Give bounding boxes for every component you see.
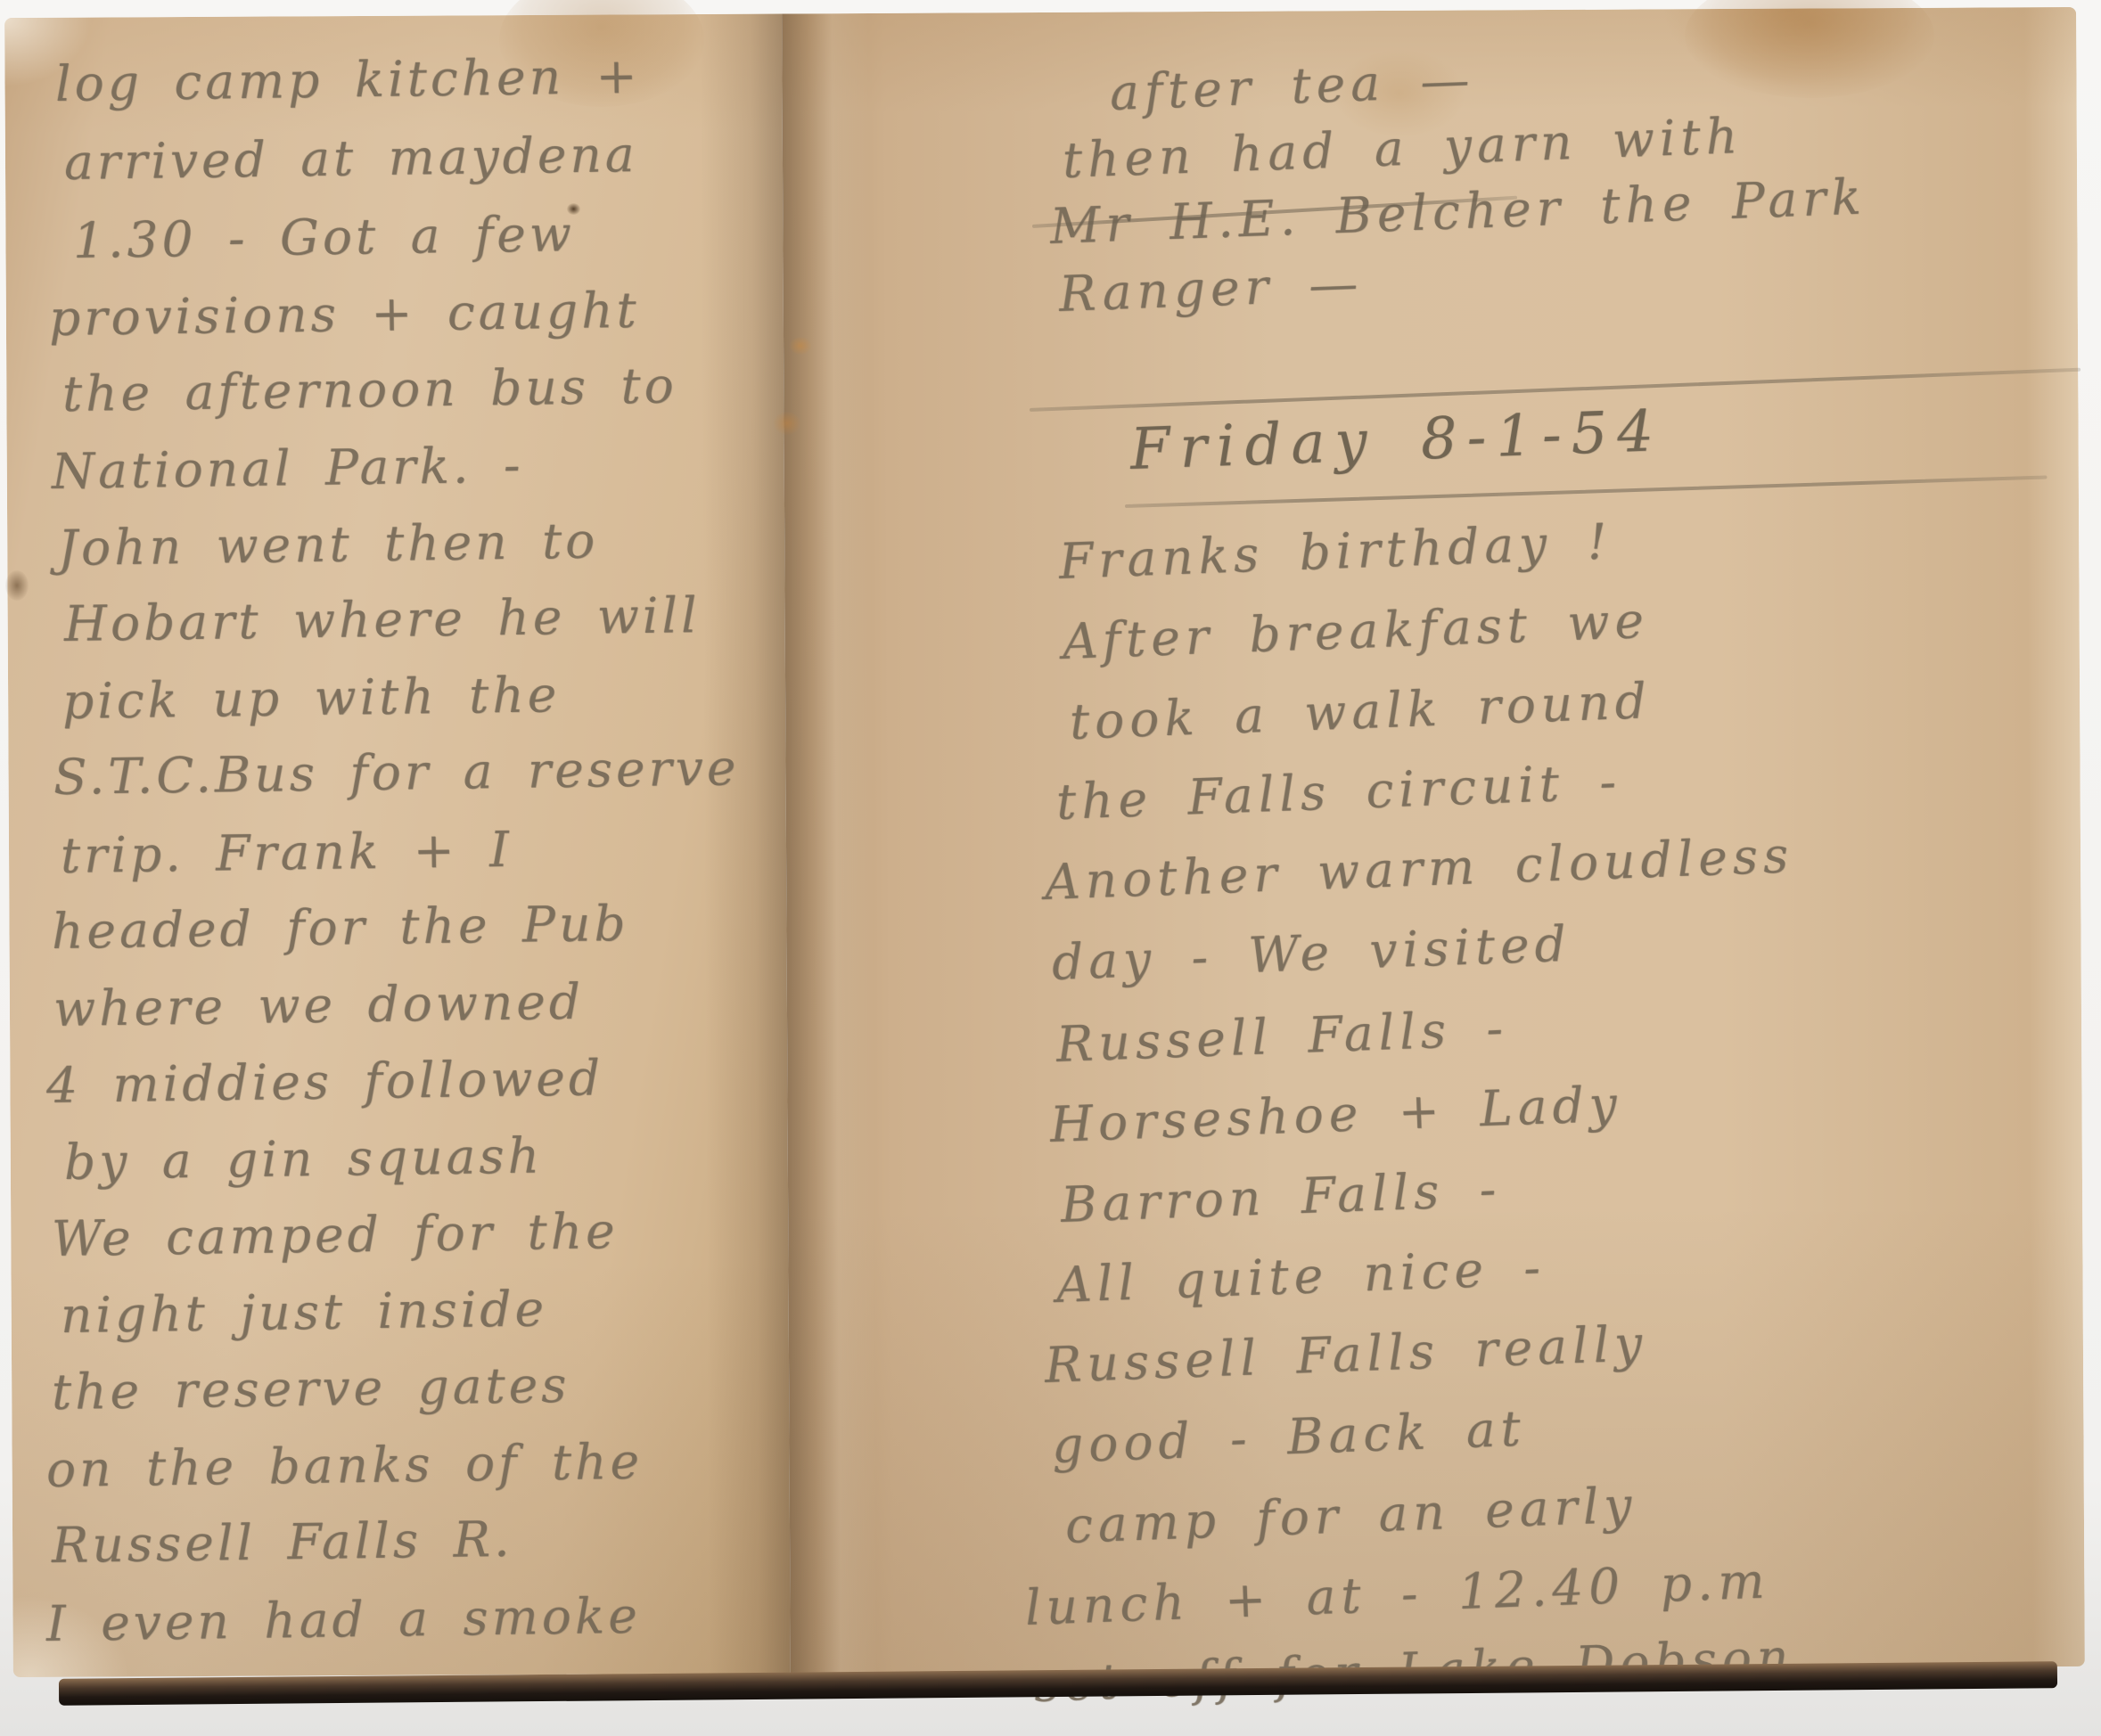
scanned-diary-spread: log camp kitchen + arrived at maydena 1.… — [0, 0, 2101, 1736]
handwriting-line: Hobart where he will — [64, 586, 701, 652]
handwriting-line: We camped for the — [52, 1202, 619, 1267]
handwriting-line: 4 middies followed — [46, 1049, 604, 1114]
handwriting-line: I even had a smoke — [46, 1587, 642, 1652]
handwriting-line: on the banks of the — [46, 1433, 644, 1498]
handwriting-line: S.T.C.Bus for a reserve — [53, 739, 740, 806]
handwriting-line: arrived at maydena — [64, 126, 638, 191]
handwriting-line: trip. Frank + I — [61, 821, 513, 884]
handwriting-line: by a gin squash — [64, 1127, 544, 1191]
handwriting-line: the afternoon bus to — [62, 356, 678, 422]
handwriting-line: Ranger — — [1058, 255, 1365, 323]
handwriting-line: John went then to — [58, 512, 599, 577]
handwriting-line: Russell Falls R. — [52, 1511, 513, 1574]
handwriting-line: provisions + caught — [49, 282, 640, 347]
handwriting-line: night just inside — [61, 1280, 548, 1344]
handwriting-line: 1.30 - Got a few — [73, 205, 576, 269]
handwriting-line: headed for the Pub — [52, 895, 629, 960]
handwriting-line: National Park. - — [52, 437, 524, 500]
handwriting-line: where we downed — [53, 973, 585, 1037]
handwriting-line: log camp kitchen + — [55, 47, 641, 112]
handwriting-line: the reserve gates — [52, 1356, 570, 1421]
handwriting-line: pick up with the — [62, 666, 561, 730]
